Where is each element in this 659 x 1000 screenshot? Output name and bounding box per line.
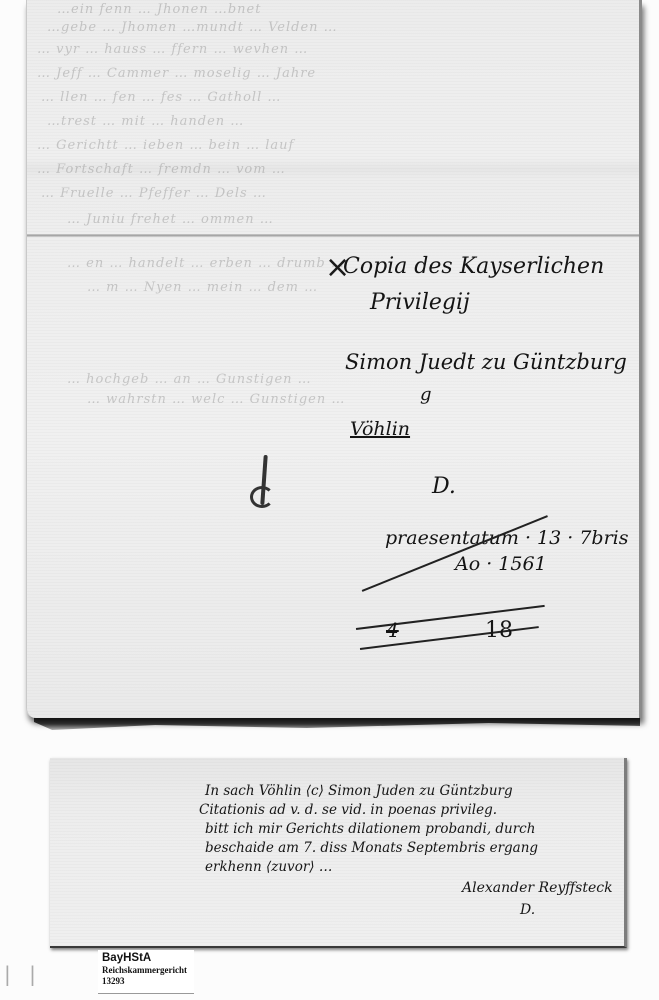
slip-signature-mark: D.	[520, 902, 535, 918]
letter-mark: D.	[432, 474, 456, 499]
slip-text-line: beschaide am 7. diss Monats Septembris e…	[205, 839, 625, 858]
party-name-line: Simon Juedt zu Güntzburg	[345, 350, 627, 374]
bleed-text-line: … wahrstn … welc … Gunstigen …	[87, 392, 345, 407]
slip-signature: Alexander Reyffsteck	[462, 880, 613, 896]
bleed-text-line: … Fruelle … Pfeffer … Dels …	[41, 186, 267, 201]
folio-struck-number: 4	[386, 618, 399, 642]
slip-text-line: erkhenn ⟨zuvor⟩ …	[205, 858, 625, 877]
slip-text-block: In sach Vöhlin ⟨c⟩ Simon Juden zu Güntzb…	[205, 782, 625, 877]
archive-institution: BayHStA	[102, 952, 190, 965]
bleed-text-line: … llen … fen … fes … Gatholl …	[41, 90, 281, 105]
document-title-line1: Copia des Kayserlichen	[343, 254, 604, 279]
slip-text-line: Citationis ad v. d. se vid. in poenas pr…	[199, 801, 625, 820]
archive-collection: Reichskammergericht	[102, 965, 190, 976]
bleed-text-line: … Gerichtt … ieben … bein … lauf	[37, 138, 294, 153]
bleed-text-line: … en … handelt … erben … drumb …	[67, 256, 345, 271]
bleed-text-line: …gebe … Jhomen …mundt … Velden …	[47, 20, 338, 35]
bleed-text-line: … Fortschaft … fremdn … vom …	[37, 162, 286, 177]
party-conjunction: g	[420, 384, 432, 405]
ink-loop-mark	[250, 486, 274, 508]
folio-number: 18	[485, 618, 513, 643]
bleed-text-line: … vyr … hauss … ffern … wevhen …	[37, 42, 308, 57]
party-name-line2: Vöhlin	[350, 418, 410, 440]
archive-label: BayHStA Reichskammergericht 13293	[98, 950, 194, 994]
bleed-text-line: …trest … mit … handen …	[47, 114, 244, 129]
bleed-text-line: … Jeff … Cammer … moselig … Jahre	[37, 66, 316, 81]
bleed-text-line: … Juniu frehet … ommen …	[67, 212, 274, 227]
bleed-text-line: … hochgeb … an … Gunstigen …	[67, 372, 312, 387]
fold-crease	[27, 234, 639, 237]
archive-shelfmark: 13293	[102, 976, 190, 987]
presentation-year: Ao · 1561	[455, 553, 547, 575]
slip-text-line: In sach Vöhlin ⟨c⟩ Simon Juden zu Güntzb…	[205, 782, 625, 801]
scan-edge-marks: | |	[4, 962, 42, 986]
bleed-text-line: …ein fenn … Jhonen …bnet	[57, 2, 261, 17]
bleed-text-line: … m … Nyen … mein … dem …	[87, 280, 318, 295]
slip-text-line: bitt ich mir Gerichts dilationem proband…	[205, 820, 625, 839]
document-title-line2: Privilegij	[370, 290, 470, 315]
